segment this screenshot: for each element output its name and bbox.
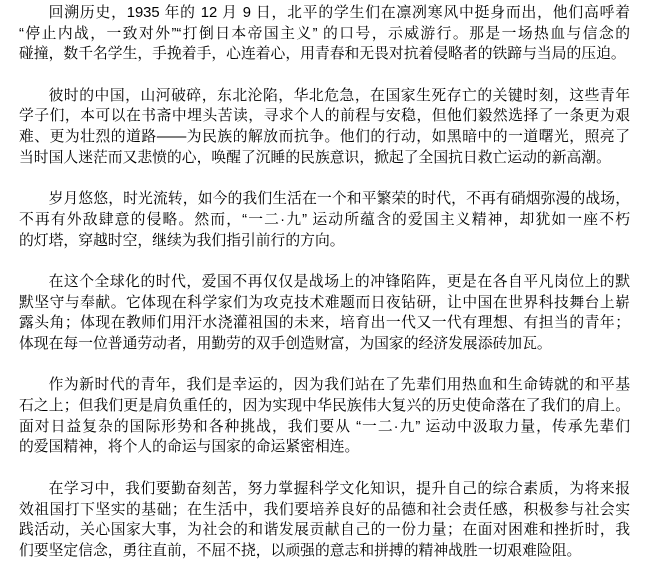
text-line: 碰撞，数千名学生，手挽着手，心连着心，用青春和无畏对抗着侵略者的铁蹄与当局的压迫… — [19, 44, 630, 65]
paragraph-3: 岁月悠悠，时光流转，如今的我们生活在一个和平繁荣的时代，不再有硝烟弥漫的战场， … — [19, 189, 630, 251]
document-page: 回溯历史，1935 年的 12 月 9 日，北平的学生们在凛冽寒风中挺身而出，他… — [0, 0, 648, 564]
text-line: 露头角；体现在教师们用汗水浇灌祖国的未来，培育出一代又一代有理想、有担当的青年； — [19, 313, 630, 334]
text-line: 当时国人迷茫而又悲愤的心，唤醒了沉睡的民族意识，掀起了全国抗日救亡运动的新高潮。 — [19, 148, 630, 169]
text-line: 在这个全球化的时代，爱国不再仅仅是战场上的冲锋陷阵，更是在各自平凡岗位上的默 — [19, 272, 630, 293]
text-line: 面对日益复杂的国际形势和各种挑战，我们要从 “一二·九” 运动中汲取力量，传承先… — [19, 417, 630, 438]
text-line: 作为新时代的青年，我们是幸运的，因为我们站在了先辈们用热血和生命铸就的和平基 — [19, 375, 630, 396]
paragraph-6: 在学习中，我们要勤奋刻苦，努力掌握科学文化知识，提升自己的综合素质，为将来报 效… — [19, 479, 630, 562]
text-line: 效祖国打下坚实的基础；在生活中，我们要培养良好的品德和社会责任感，积极参与社会实 — [19, 500, 630, 521]
text-line: 学子们，本可以在书斋中埋头苦读，寻求个人的前程与安稳，但他们毅然选择了一条更为艰 — [19, 106, 630, 127]
text-line: 的爱国精神，将个人的命运与国家的命运紧密相连。 — [19, 437, 630, 458]
text-line: 默坚守与奉献。它体现在科学家们为攻克技术难题而日夜钻研，让中国在世界科技舞台上崭 — [19, 293, 630, 314]
paragraph-1: 回溯历史，1935 年的 12 月 9 日，北平的学生们在凛冽寒风中挺身而出，他… — [19, 3, 630, 65]
text-line: 践活动，关心国家大事，为社会的和谐发展贡献自己的一份力量；在面对困难和挫折时，我 — [19, 520, 630, 541]
text-line: 回溯历史，1935 年的 12 月 9 日，北平的学生们在凛冽寒风中挺身而出，他… — [19, 3, 630, 24]
text-line: 体现在每一位普通劳动者，用勤劳的双手创造财富，为国家的经济发展添砖加瓦。 — [19, 334, 630, 355]
text-line: 在学习中，我们要勤奋刻苦，努力掌握科学文化知识，提升自己的综合素质，为将来报 — [19, 479, 630, 500]
text-line: 们要坚定信念，勇往直前，不屈不挠，以顽强的意志和拼搏的精神战胜一切艰难险阻。 — [19, 541, 630, 562]
text-line: 的灯塔，穿越时空，继续为我们指引前行的方向。 — [19, 231, 630, 252]
text-line: “停止内战，一致对外”“打倒日本帝国主义” 的口号，示威游行。那是一场热血与信念… — [19, 24, 630, 45]
text-line: 彼时的中国，山河破碎，东北沦陷，华北危急，在国家生死存亡的关键时刻，这些青年 — [19, 86, 630, 107]
text-line: 石之上；但我们更是肩负重任的，因为实现中华民族伟大复兴的历史使命落在了我们的肩上… — [19, 396, 630, 417]
text-line: 不再有外敌肆意的侵略。然而，“一二·九” 运动所蕴含的爱国主义精神，却犹如一座不… — [19, 210, 630, 231]
text-line: 岁月悠悠，时光流转，如今的我们生活在一个和平繁荣的时代，不再有硝烟弥漫的战场， — [19, 189, 630, 210]
paragraph-4: 在这个全球化的时代，爱国不再仅仅是战场上的冲锋陷阵，更是在各自平凡岗位上的默 默… — [19, 272, 630, 355]
text-line: 难、更为壮烈的道路——为民族的解放而抗争。他们的行动，如黑暗中的一道曙光，照亮了 — [19, 127, 630, 148]
paragraph-2: 彼时的中国，山河破碎，东北沦陷，华北危急，在国家生死存亡的关键时刻，这些青年 学… — [19, 86, 630, 169]
paragraph-5: 作为新时代的青年，我们是幸运的，因为我们站在了先辈们用热血和生命铸就的和平基 石… — [19, 375, 630, 458]
